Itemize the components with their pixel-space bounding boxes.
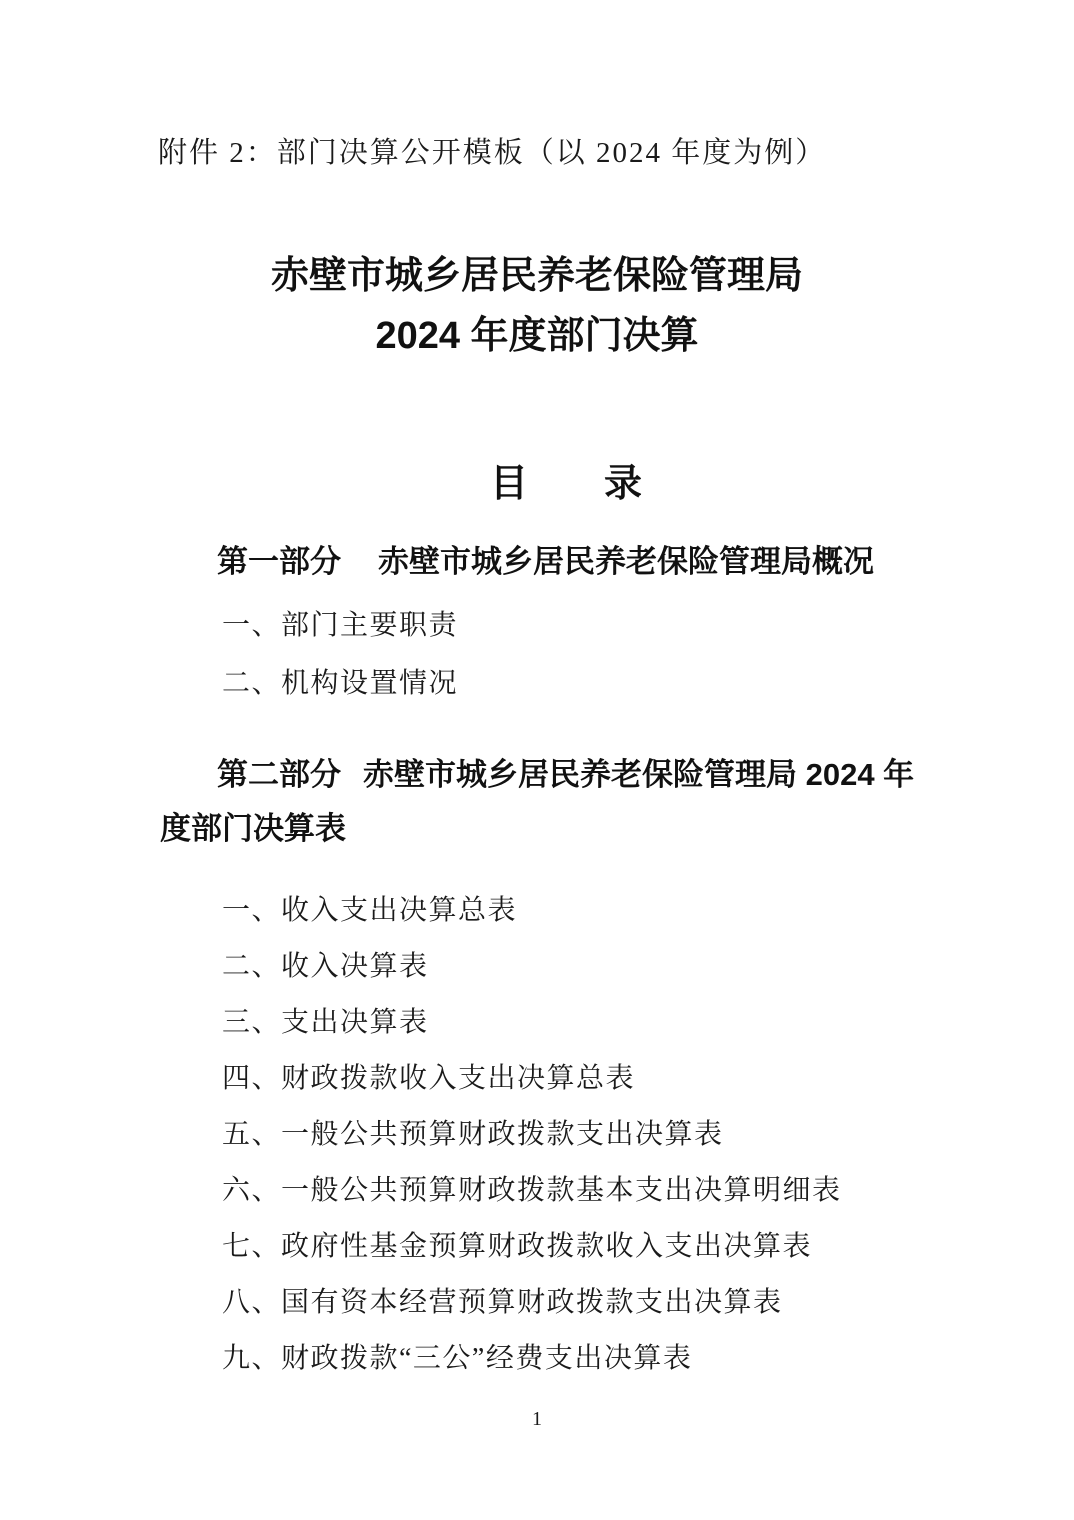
document-page: 附件 2：部门决算公开模板（以 2024 年度为例） 赤壁市城乡居民养老保险管理… (0, 0, 1074, 1520)
document-title-line2: 2024 年度部门决算 (0, 306, 1074, 366)
toc-item: 四、财政拨款收入支出决算总表 (222, 1051, 960, 1107)
toc-heading: 目 录 (490, 462, 642, 506)
toc-list-part2: 一、收入支出决算总表 二、收入决算表 三、支出决算表 四、财政拨款收入支出决算总… (160, 883, 960, 1387)
document-title: 赤壁市城乡居民养老保险管理局 2024 年度部门决算 (0, 246, 1074, 366)
toc-item: 一、部门主要职责 (222, 597, 960, 655)
toc-list-part1: 一、部门主要职责 二、机构设置情况 (160, 597, 960, 713)
section-part1-title: 赤壁市城乡居民养老保险管理局概况 (378, 544, 874, 579)
section-heading-part2: 第二部分赤壁市城乡居民养老保险管理局 2024 年度部门决算表 (160, 748, 928, 856)
toc-item: 三、支出决算表 (222, 995, 960, 1051)
attachment-note: 附件 2：部门决算公开模板（以 2024 年度为例） (158, 136, 826, 170)
document-title-line1: 赤壁市城乡居民养老保险管理局 (0, 246, 1074, 306)
page-number: 1 (0, 1406, 1074, 1432)
toc-item: 七、政府性基金预算财政拨款收入支出决算表 (222, 1219, 960, 1275)
toc-item: 九、财政拨款“三公”经费支出决算表 (222, 1331, 960, 1387)
toc-item: 二、收入决算表 (222, 939, 960, 995)
toc-item: 六、一般公共预算财政拨款基本支出决算明细表 (222, 1163, 960, 1219)
section-heading-part1: 第一部分赤壁市城乡居民养老保险管理局概况 (160, 542, 928, 582)
toc-item: 一、收入支出决算总表 (222, 883, 960, 939)
section-part2-label: 第二部分 (217, 757, 341, 792)
toc-item: 五、一般公共预算财政拨款支出决算表 (222, 1107, 960, 1163)
toc-item: 二、机构设置情况 (222, 655, 960, 713)
section-part1-label: 第一部分 (217, 544, 341, 579)
toc-item: 八、国有资本经营预算财政拨款支出决算表 (222, 1275, 960, 1331)
